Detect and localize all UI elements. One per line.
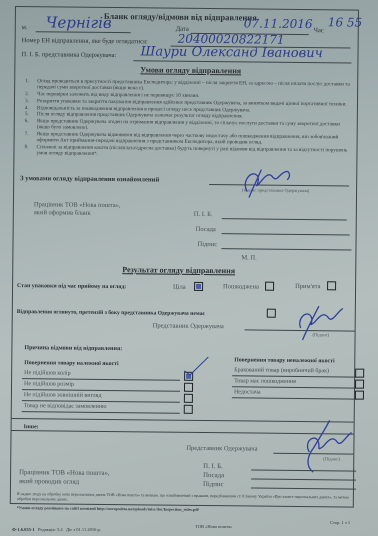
reason-size-checkbox[interactable] <box>184 383 193 392</box>
footer-page: Стор. 1 з 1 <box>330 520 350 525</box>
reason-label: Не підійшов зовнішній вигляд <box>24 392 102 399</box>
footer-company: ТОВ «Нова пошта» <box>195 524 232 529</box>
reason-label: Товар не відповідає замовленню <box>24 403 107 410</box>
conditions-list: 1.Огляд проводиться в присутності предст… <box>20 78 351 161</box>
stamp-label: М. П. <box>241 254 256 261</box>
no-claims-label: Відправлення оглянуто, претензій з боку … <box>17 309 205 317</box>
reason-shortage-checkbox[interactable] <box>355 391 364 400</box>
form-frame: Бланк огляду/відмови від відправлення м.… <box>10 6 359 508</box>
refusal-heading: Причина відмови від відправлення: <box>24 345 122 352</box>
time-label: Час <box>314 27 324 34</box>
date-value[interactable]: 07.11.2016 <box>244 16 313 31</box>
packaging-option-label: Прим'ята <box>295 283 321 290</box>
packaging-option-label: Ціла <box>173 284 186 291</box>
valid-from: Діє з 01.11.2016 р. <box>66 527 101 532</box>
improper-quality-heading: Повернення товару неналежної якості <box>234 357 334 364</box>
result-heading: Результат огляду відправлення <box>122 265 235 275</box>
recipient-label: П. І. Б. представника Одержувача: <box>21 51 116 59</box>
acknowledged-label: З умовами огляду відправлення ознайомлен… <box>20 175 159 183</box>
city-label: м. <box>22 24 28 31</box>
packaging-label: Стан упаковки під час прийому на огляд: <box>17 283 126 290</box>
revision: Редакція: 5.4 <box>38 527 63 532</box>
issuer-label-line2: який оформив бланк <box>34 209 91 217</box>
form-code: Ф-1.6.035-1 <box>12 527 35 532</box>
reason-underline <box>232 375 356 377</box>
condition-item: 8.Сплачені за відправлення кошти (післяп… <box>20 144 350 160</box>
inspector-signature-line[interactable] <box>251 487 356 489</box>
time-value[interactable]: 16 55 <box>328 15 363 29</box>
footer-meta: Ф-1.6.035-1 Редакція: 5.4 Діє з 01.11.20… <box>12 527 101 532</box>
form-title: Бланк огляду/відмови від відправлення <box>104 11 257 23</box>
conditions-heading: Умови огляду відправлення <box>140 65 241 75</box>
reason-defective-checkbox[interactable] <box>355 369 364 378</box>
checkmark-icon <box>182 355 212 377</box>
issuer-signature-label: Підпис <box>197 241 217 248</box>
result-recipient-rep-label: Представник Одержувача <box>153 322 224 330</box>
issuer-position-label: Посада <box>196 226 216 233</box>
packaging-intact-checkbox[interactable] <box>194 282 203 291</box>
proper-quality-heading: Повернення товару належної якості <box>24 360 118 367</box>
reason-damaged-checkbox[interactable] <box>355 380 364 389</box>
packaging-option-label: Пошкоджена <box>223 283 259 290</box>
signature-icon <box>239 161 299 202</box>
reason-label: Недостача <box>234 389 261 395</box>
document-photo: Бланк огляду/відмови від відправлення м.… <box>0 0 378 536</box>
inspector-label-line1: Працівник ТОВ «Нова пошта», <box>19 469 110 477</box>
privacy-text: Я надаю згоду на обробку моїх персональн… <box>17 491 351 504</box>
inspector-name-label: П. І. Б. <box>203 463 223 470</box>
signature-icon <box>292 300 352 345</box>
issuer-name-label: П. І. Б. <box>194 211 213 218</box>
waybill-label: Номер ЕН відправлення, яке буде оглядати… <box>22 37 148 45</box>
signature-icon <box>299 418 360 475</box>
packaging-damaged-checkbox[interactable] <box>265 282 274 291</box>
inspector-position-label: Посада <box>203 472 224 479</box>
reason-underline <box>22 411 180 414</box>
issuer-name-line[interactable] <box>222 218 347 220</box>
inspector-label-line2: який проводив огляд <box>19 478 79 486</box>
packaging-crumpled-checkbox[interactable] <box>327 281 336 290</box>
no-claims-checkbox[interactable] <box>267 309 276 318</box>
reason-appearance-checkbox[interactable] <box>184 394 193 403</box>
city-value[interactable]: Чернігів <box>46 13 112 32</box>
issuer-position-line[interactable] <box>222 233 350 235</box>
reason-label: Товар має пошкодження <box>234 378 296 385</box>
inspector-signature-label: Підпис <box>203 481 224 488</box>
inspector-position-line[interactable] <box>251 478 356 480</box>
reason-label: Бракований товар (виробничий брак) <box>234 367 329 374</box>
rules-note: *Умови огляду розміщено на сайті компані… <box>17 505 199 512</box>
issuer-label-line1: Працівник ТОВ «Нова пошта», <box>34 201 121 209</box>
inspection-recipient-label: Представник Одержувача <box>186 445 257 453</box>
reason-mismatch-checkbox[interactable] <box>184 405 193 414</box>
reason-underline <box>232 397 356 399</box>
reason-label: Не підійшов розмір <box>24 381 74 388</box>
reason-label: Не підійшов колір <box>24 370 71 376</box>
reason-underline <box>232 386 356 388</box>
issuer-signature-line[interactable] <box>221 248 351 250</box>
recipient-value[interactable]: Шаури Олександ Іванович <box>140 44 322 61</box>
